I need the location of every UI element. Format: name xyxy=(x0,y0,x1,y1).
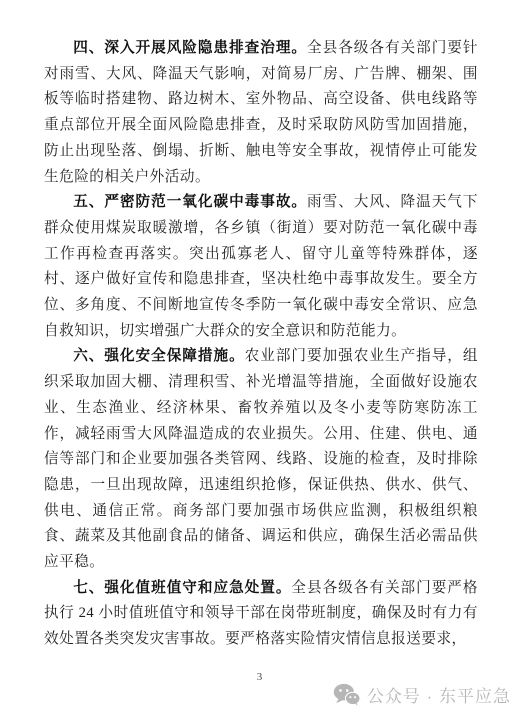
paragraph-section-6: 六、强化安全保障措施。农业部门要加强农业生产指导，组织采取加固大棚、清理积雪、补… xyxy=(44,344,478,575)
wechat-watermark: 公众号 · 东平应急 xyxy=(333,682,511,707)
paragraph-section-5-heading: 五、严密防范一氧化碳中毒事故。 xyxy=(73,194,307,210)
watermark-text: 公众号 · 东平应急 xyxy=(367,682,511,707)
paragraph-section-5-body: 雨雪、大风、降温天气下群众使用煤炭取暖激增，各乡镇（街道）要对防范一氧化碳中毒工… xyxy=(44,194,478,339)
paragraph-section-4: 四、深入开展风险隐患排查治理。全县各级各有关部门要针对雨雪、大风、降温天气影响，… xyxy=(44,36,478,190)
paragraph-section-4-heading: 四、深入开展风险隐患排查治理。 xyxy=(73,40,307,56)
document-page: 四、深入开展风险隐患排查治理。全县各级各有关部门要针对雨雪、大风、降温天气影响，… xyxy=(0,0,519,716)
paragraph-section-7-heading: 七、强化值班值守和应急处置。 xyxy=(73,580,291,596)
paragraph-section-4-body: 全县各级各有关部门要针对雨雪、大风、降温天气影响，对简易厂房、广告牌、棚架、围板… xyxy=(44,40,478,185)
paragraph-section-7: 七、强化值班值守和应急处置。全县各级各有关部门要严格执行 24 小时值班值守和领… xyxy=(44,576,478,653)
paragraph-section-5: 五、严密防范一氧化碳中毒事故。雨雪、大风、降温天气下群众使用煤炭取暖激增，各乡镇… xyxy=(44,190,478,344)
paragraph-section-6-heading: 六、强化安全保障措施。 xyxy=(73,348,244,364)
document-body: 四、深入开展风险隐患排查治理。全县各级各有关部门要针对雨雪、大风、降温天气影响，… xyxy=(44,36,478,653)
paragraph-section-6-body: 农业部门要加强农业生产指导，组织采取加固大棚、清理积雪、补光增温等措施，全面做好… xyxy=(44,348,478,570)
wechat-icon xyxy=(333,683,360,706)
